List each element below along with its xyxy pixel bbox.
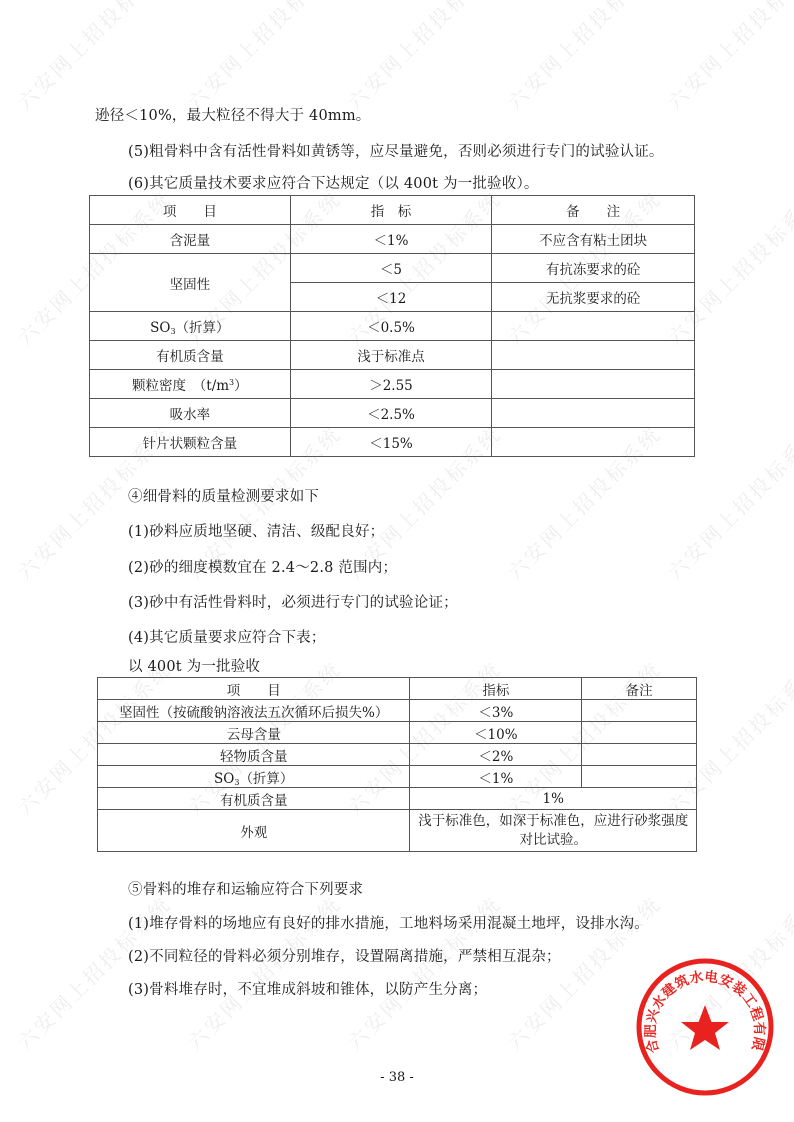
cell-index: ＜1% xyxy=(410,766,582,788)
table-header-row: 项 目 指 标 备 注 xyxy=(90,196,695,225)
storage-item-3: (3)骨料堆存时，不宜堆成斜坡和锥体，以防产生分离； xyxy=(128,978,487,999)
fine-item-4: (4)其它质量要求应符合下表； xyxy=(128,626,326,647)
coarse-item-5: (5)粗骨料中含有活性骨料如黄锈等，应尽量避免，否则必须进行专门的试验认证。 xyxy=(128,140,664,161)
watermark-text: 六安网上招投标系统 xyxy=(500,0,667,116)
fine-item-3: (3)砂中有活性骨料时，必须进行专门的试验论证； xyxy=(128,591,458,612)
cell-item: 有机质含量 xyxy=(98,788,410,810)
cell-index: ＞2.55 xyxy=(290,370,492,399)
header-note: 备 注 xyxy=(492,196,695,225)
unit-suffix: ） xyxy=(234,378,248,394)
cell-index: ＜2% xyxy=(410,744,582,766)
table-row: 外观 浅于标准色，如深于标准色，应进行砂浆强度对比试验。 xyxy=(98,810,697,852)
table-row: 轻物质含量 ＜2% xyxy=(98,744,697,766)
cell-note: 不应含有粘土团块 xyxy=(492,225,695,254)
watermark-text: 六安网上招投标系统 xyxy=(180,0,347,116)
formula-suffix: （折算） xyxy=(176,320,230,336)
cell-note xyxy=(582,700,697,722)
fine-item-1: (1)砂料应质地坚硬、清洁、级配良好； xyxy=(128,520,384,541)
star-icon xyxy=(681,1005,729,1050)
cell-index: ＜15% xyxy=(290,428,492,457)
page-number: - 38 - xyxy=(0,1070,794,1085)
continued-paragraph: 逊径＜10%，最大粒径不得大于 40mm。 xyxy=(95,104,371,125)
table-row: 颗粒密度 （t/m3） ＞2.55 xyxy=(90,370,695,399)
formula-suffix: （折算） xyxy=(239,771,293,787)
table-row: 有机质含量 浅于标准点 xyxy=(90,341,695,370)
cell-item: 坚固性 xyxy=(90,254,291,312)
table-row: SO3（折算） ＜1% xyxy=(98,766,697,788)
cell-note xyxy=(492,370,695,399)
storage-heading: ⑤骨料的堆存和运输应符合下列要求 xyxy=(128,878,363,899)
cell-item: SO3（折算） xyxy=(90,312,291,341)
header-index: 指标 xyxy=(410,678,582,700)
table-row: SO3（折算） ＜0.5% xyxy=(90,312,695,341)
cell-item: 坚固性（按硫酸钠溶液法五次循环后损失%） xyxy=(98,700,410,722)
cell-index: ＜0.5% xyxy=(290,312,492,341)
table-header-row: 项 目 指标 备注 xyxy=(98,678,697,700)
storage-item-2: (2)不同粒径的骨料必须分别堆存，设置隔离措施，严禁相互混杂； xyxy=(128,945,561,966)
cell-index: ＜5 xyxy=(290,254,492,283)
cell-item: 云母含量 xyxy=(98,722,410,744)
cell-note xyxy=(582,766,697,788)
cell-note: 有抗冻要求的砼 xyxy=(492,254,695,283)
cell-index: ＜12 xyxy=(290,283,492,312)
cell-note xyxy=(582,722,697,744)
table-row: 坚固性 ＜5 有抗冻要求的砼 xyxy=(90,254,695,283)
header-item: 项 目 xyxy=(90,196,291,225)
header-index: 指 标 xyxy=(290,196,492,225)
formula-text: SO xyxy=(214,771,234,787)
cell-note xyxy=(492,312,695,341)
table-row: 云母含量 ＜10% xyxy=(98,722,697,744)
batch-note: 以 400t 为一批验收 xyxy=(128,655,260,676)
fine-aggregate-table: 项 目 指标 备注 坚固性（按硫酸钠溶液法五次循环后损失%） ＜3% 云母含量 … xyxy=(97,677,697,852)
cell-item: 有机质含量 xyxy=(90,341,291,370)
cell-index: ＜3% xyxy=(410,700,582,722)
watermark-text: 六安网上招投标系统 xyxy=(10,0,177,116)
cell-item: 吸水率 xyxy=(90,399,291,428)
table-row: 坚固性（按硫酸钠溶液法五次循环后损失%） ＜3% xyxy=(98,700,697,722)
table-row: 针片状颗粒含量 ＜15% xyxy=(90,428,695,457)
cell-index-merged: 浅于标准色，如深于标准色，应进行砂浆强度对比试验。 xyxy=(410,810,697,852)
table-row: 含泥量 ＜1% 不应含有粘土团块 xyxy=(90,225,695,254)
fine-aggregate-heading: ④细骨料的质量检测要求如下 xyxy=(128,485,319,506)
cell-index: ＜1% xyxy=(290,225,492,254)
formula-text: SO xyxy=(150,320,170,336)
header-note: 备注 xyxy=(582,678,697,700)
table-row: 吸水率 ＜2.5% xyxy=(90,399,695,428)
storage-item-1: (1)堆存骨料的场地应有良好的排水措施，工地料场采用混凝土地坪，设排水沟。 xyxy=(128,912,649,933)
cell-item: 轻物质含量 xyxy=(98,744,410,766)
cell-note: 无抗浆要求的砼 xyxy=(492,283,695,312)
header-item: 项 目 xyxy=(98,678,410,700)
watermark-text: 六安网上招投标系统 xyxy=(660,0,794,116)
cell-note xyxy=(492,428,695,457)
cell-index: ＜2.5% xyxy=(290,399,492,428)
cell-note xyxy=(492,341,695,370)
cell-item: 外观 xyxy=(98,810,410,852)
cell-index-merged: 1% xyxy=(410,788,697,810)
cell-item: 针片状颗粒含量 xyxy=(90,428,291,457)
cell-item: 含泥量 xyxy=(90,225,291,254)
cell-note xyxy=(582,744,697,766)
unit-text: 颗粒密度 （t/m xyxy=(132,378,229,394)
coarse-item-6: (6)其它质量技术要求应符合下达规定（以 400t 为一批验收）。 xyxy=(128,172,539,193)
cell-item: 颗粒密度 （t/m3） xyxy=(90,370,291,399)
fine-item-2: (2)砂的细度模数宜在 2.4～2.8 范围内； xyxy=(128,556,397,577)
cell-item: SO3（折算） xyxy=(98,766,410,788)
coarse-aggregate-table: 项 目 指 标 备 注 含泥量 ＜1% 不应含有粘土团块 坚固性 ＜5 有抗冻要… xyxy=(89,195,695,457)
cell-index: ＜10% xyxy=(410,722,582,744)
watermark-text: 六安网上招投标系统 xyxy=(340,0,507,116)
table-row: 有机质含量 1% xyxy=(98,788,697,810)
cell-note xyxy=(492,399,695,428)
cell-index: 浅于标准点 xyxy=(290,341,492,370)
